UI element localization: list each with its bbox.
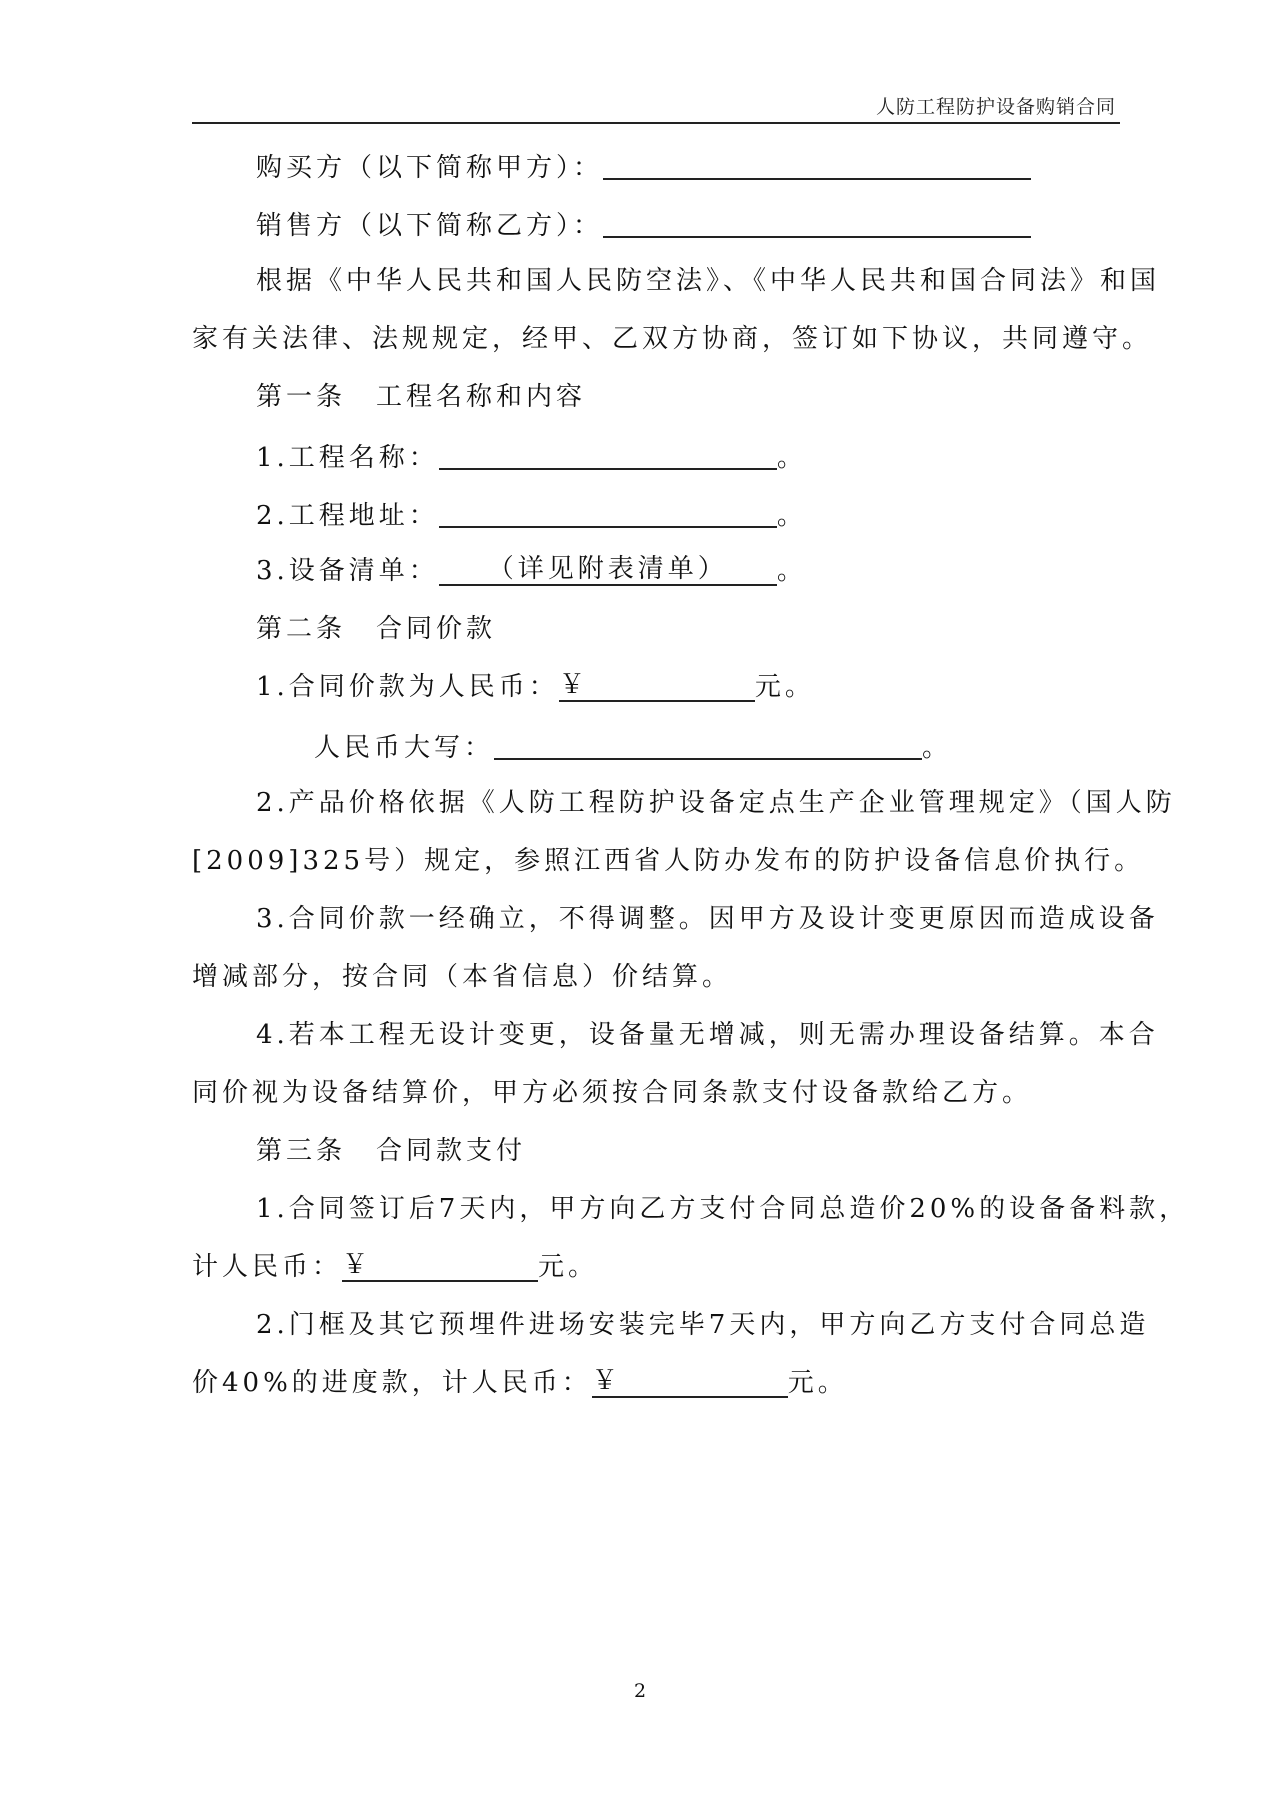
article1-title: 第一条 工程名称和内容: [256, 380, 586, 414]
yuan-symbol: ￥: [559, 670, 589, 700]
article2-item2-line-1: 2.产品价格依据《人防工程防护设备定点生产企业管理规定》（国人防: [256, 786, 1176, 820]
project-name-label: 1.工程名称：: [256, 443, 439, 473]
yuan-suffix: 元。: [788, 1368, 848, 1398]
seller-label: 销售方（以下简称乙方）：: [256, 211, 603, 241]
buyer-label: 购买方（以下简称甲方）：: [256, 153, 603, 183]
project-address-field[interactable]: [439, 500, 777, 528]
article2-item4-line-1: 4.若本工程无设计变更，设备量无增减，则无需办理设备结算。本合: [256, 1018, 1159, 1052]
seller-row: 销售方（以下简称乙方）：: [256, 206, 1031, 243]
article3-item1-line-1: 1.合同签订后7天内，甲方向乙方支付合同总造价20%的设备备料款，: [256, 1192, 1189, 1226]
progress-payment-label: 价40%的进度款，计人民币：: [192, 1368, 592, 1398]
yuan-suffix: 元。: [755, 672, 815, 702]
yuan-suffix: 元。: [538, 1252, 598, 1282]
equipment-list-value: （详见附表清单）: [488, 554, 728, 584]
project-name-field[interactable]: [439, 442, 777, 470]
article3-item2-line-1: 2.门框及其它预埋件进场安装完毕7天内，甲方向乙方支付合同总造: [256, 1308, 1149, 1342]
period: 。: [922, 733, 952, 763]
article2-title: 第二条 合同价款: [256, 612, 496, 646]
progress-payment-row: 价40%的进度款，计人民币：￥元。: [192, 1366, 848, 1400]
preamble-line-2: 家有关法律、法规规定，经甲、乙双方协商，签订如下协议，共同遵守。: [192, 322, 1152, 356]
article2-item3-line-2: 增减部分，按合同（本省信息）价结算。: [192, 960, 732, 994]
project-address-label: 2.工程地址：: [256, 501, 439, 531]
capital-amount-row: 人民币大写：。: [314, 728, 952, 765]
article2-item2-line-2: [2009]325号）规定，参照江西省人防办发布的防护设备信息价执行。: [192, 844, 1144, 878]
seller-field[interactable]: [603, 210, 1031, 238]
equipment-list-field[interactable]: （详见附表清单）: [439, 558, 777, 586]
buyer-field[interactable]: [603, 152, 1031, 180]
contract-price-field[interactable]: ￥: [559, 674, 755, 702]
buyer-row: 购买方（以下简称甲方）：: [256, 148, 1031, 185]
yuan-symbol: ￥: [342, 1250, 372, 1280]
period: 。: [777, 501, 807, 531]
header-title: 人防工程防护设备购销合同: [876, 92, 1116, 119]
article2-item3-line-1: 3.合同价款一经确立，不得调整。因甲方及设计变更原因而造成设备: [256, 902, 1159, 936]
project-address-row: 2.工程地址：。: [256, 496, 807, 533]
header-divider: [192, 122, 1120, 124]
advance-payment-field[interactable]: ￥: [342, 1254, 538, 1282]
progress-payment-field[interactable]: ￥: [592, 1370, 788, 1398]
contract-price-row: 1.合同价款为人民币：￥元。: [256, 670, 815, 704]
article2-item4-line-2: 同价视为设备结算价，甲方必须按合同条款支付设备款给乙方。: [192, 1076, 1032, 1110]
period: 。: [777, 443, 807, 473]
period: 。: [777, 556, 807, 586]
advance-payment-row: 计人民币：￥元。: [192, 1250, 598, 1284]
capital-amount-label: 人民币大写：: [314, 733, 494, 763]
capital-amount-field[interactable]: [494, 732, 922, 760]
advance-payment-label: 计人民币：: [192, 1252, 342, 1282]
page-number: 2: [634, 1680, 646, 1702]
preamble-line-1: 根据《中华人民共和国人民防空法》、《中华人民共和国合同法》和国: [256, 264, 1160, 298]
article3-title: 第三条 合同款支付: [256, 1134, 526, 1168]
yuan-symbol: ￥: [592, 1366, 622, 1396]
contract-price-label: 1.合同价款为人民币：: [256, 672, 559, 702]
equipment-list-row: 3.设备清单：（详见附表清单）。: [256, 554, 807, 588]
equipment-list-label: 3.设备清单：: [256, 556, 439, 586]
project-name-row: 1.工程名称：。: [256, 438, 807, 475]
